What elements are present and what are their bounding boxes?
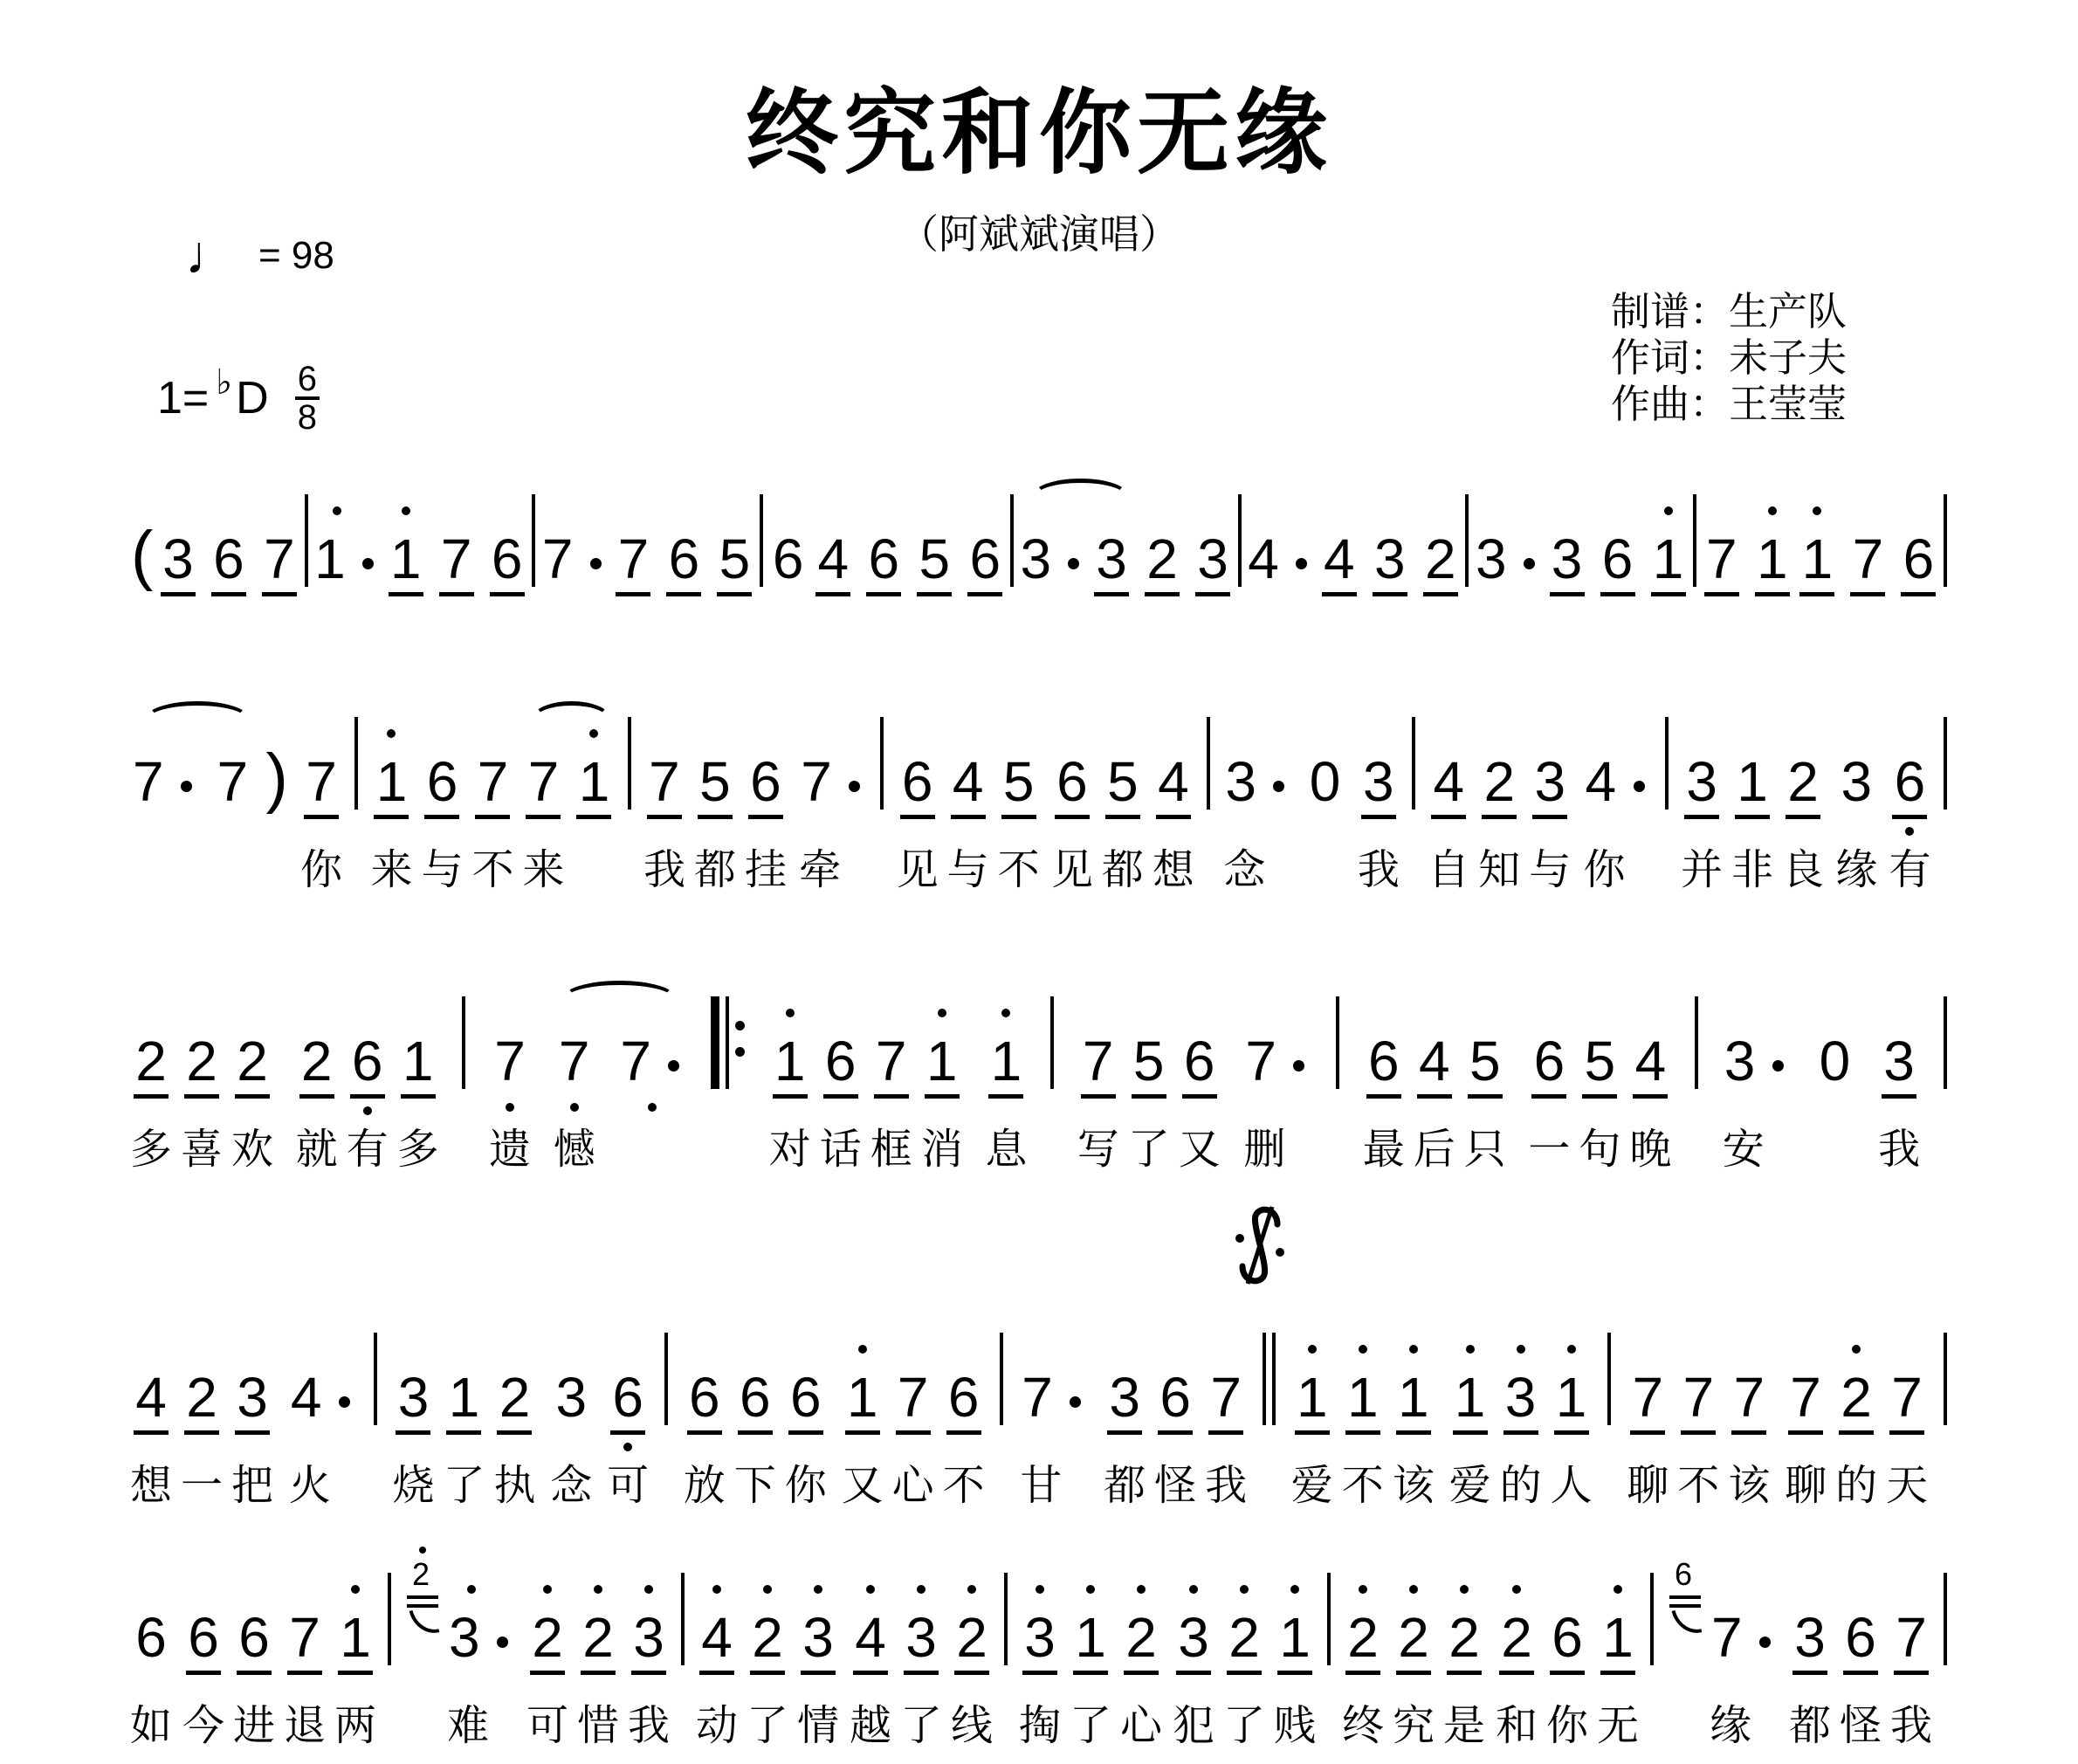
note-digit: 3 [1225,755,1256,810]
note: 3都 [1104,1362,1145,1425]
note: 6可 [608,1362,648,1425]
note-digit: 3 [1096,532,1127,587]
note-digit: 6 [902,755,933,810]
note: 6有 [347,1026,388,1089]
octave-dot-high [866,1585,875,1594]
note-digit: 2 [499,1370,531,1425]
note: 1 [1797,524,1837,587]
note-digit: 2 [1347,1610,1379,1665]
lyric-syllable: 话 [820,1129,862,1171]
note: 4 [813,524,853,587]
octave-dot-low [648,1103,657,1112]
octave-dot-high [644,1585,653,1594]
beam-group: 2就6有1多 [297,1026,438,1089]
grace-digit: 6 [1675,1559,1692,1590]
beam-group: 6见5都4想 [1052,747,1194,810]
note: 1 [574,747,614,810]
note: 7 [437,524,477,587]
note-digit: 3 [633,1610,664,1665]
augmentation-dot [1634,781,1645,792]
note-digit: 6 [750,755,781,810]
note-digit: 5 [719,532,751,587]
barline [1336,996,1339,1089]
note-digit: 3 [1178,1610,1209,1665]
note: 6今 [183,1602,224,1665]
note-digit: 6 [1903,532,1935,587]
lyric-syllable: 对 [769,1129,811,1171]
note-digit: 7 [1853,532,1884,587]
note-digit: 4 [1586,755,1617,810]
key-prefix: 1= [157,372,209,424]
note: 1该 [1393,1362,1434,1425]
note-digit: 6 [213,532,244,587]
note-digit: 6 [1056,755,1088,810]
note: 7 [131,747,199,810]
octave-dot-low [1905,827,1914,836]
note-digit: 2 [186,1370,217,1425]
note-digit: 3 [802,1610,834,1665]
note-digit: 6 [1159,1370,1191,1425]
lyric-syllable: 不 [943,1465,985,1507]
octave-dot-high [419,1547,426,1554]
barline [1607,1333,1611,1425]
note: 2了 [747,1602,788,1665]
lyric-syllable: 了 [1128,1129,1170,1171]
augmentation-dot [339,1396,350,1408]
note: 2可 [527,1602,568,1665]
lyric-syllable: 牵 [799,850,841,892]
lyric-syllable: 都 [1789,1705,1831,1747]
beam-group: 2可2惜3我 [527,1602,669,1665]
note: 6 [965,524,1005,587]
barline [1412,717,1415,810]
credit-arranger: 制谱：生产队 [1611,288,1847,334]
lyric-syllable: 线 [951,1705,993,1747]
time-signature-top: 6 [295,362,320,400]
note: 6最 [1364,1026,1404,1089]
note-digit: 3 [905,1610,937,1665]
note-digit: 3 [1197,532,1228,587]
tie-arc [532,701,611,737]
note-digit: 2 [752,1610,783,1665]
note: 7聊 [1627,1362,1668,1425]
barline [1695,996,1698,1089]
note: 1多 [398,1026,438,1089]
note-digit: 6 [492,532,523,587]
note: 5不 [999,747,1039,810]
note-digit: 3 [1020,532,1051,587]
octave-dot-high [917,1585,925,1594]
note: 6 [768,524,808,587]
lyric-syllable: 难 [447,1705,489,1747]
note-digit: 5 [919,532,950,587]
lyric-syllable: 多 [130,1129,172,1171]
note: 7框 [871,1026,912,1089]
note-digit: 7 [1210,1370,1242,1425]
note-digit: 6 [612,1370,643,1425]
lyric-syllable: 心 [1120,1705,1162,1747]
note: 1 [386,524,426,587]
octave-dot-high [786,1009,795,1017]
note-digit: 3 [1476,532,1507,587]
note-digit: 3 [1552,532,1583,587]
barline [1327,1573,1331,1665]
note: 6见 [898,747,938,810]
barline [374,1333,377,1425]
beam-group: 1爱1不1该 [1292,1362,1434,1425]
lyric-syllable: 下 [734,1465,776,1507]
lyric-syllable: 就 [296,1129,338,1171]
beam-group: 4自2知3与 [1428,747,1570,810]
barline [1693,494,1696,587]
note-digit: 5 [1107,755,1139,810]
lyric-syllable: 的 [1500,1465,1542,1507]
beam-group: 2终2究2是 [1343,1602,1484,1665]
lyric-syllable: 晚 [1629,1129,1671,1171]
note-digit: 6 [1552,1610,1583,1665]
note-digit: 2 [237,1034,268,1089]
lyric-syllable: 可 [607,1465,649,1507]
note-digit: 1 [314,532,346,587]
barline [760,494,763,587]
time-signature-bottom: 8 [298,400,317,435]
octave-dot-high [1189,1585,1198,1594]
lyric-syllable: 掏 [1019,1705,1061,1747]
augmentation-dot [1759,1637,1771,1648]
lyric-syllable: 的 [1835,1465,1877,1507]
note-digit: 7 [264,532,295,587]
lyric-syllable: 又 [842,1465,884,1507]
octave-dot-high [967,1585,976,1594]
lyric-syllable: 动 [696,1705,738,1747]
lyric-syllable: 越 [850,1705,891,1747]
lyric-syllable: 怪 [1154,1465,1196,1507]
octave-dot-low [570,1103,579,1112]
beam-group: 6最4后5只 [1364,1026,1505,1089]
octave-dot-high [1001,1009,1010,1017]
note: 6进 [234,1602,274,1665]
beam-group: 4越3了2线 [850,1602,992,1665]
beam-group: 432 [1319,524,1461,587]
note-digit: 6 [740,1370,771,1425]
note-digit: 7 [1891,1370,1923,1425]
note: 4想 [1153,747,1194,810]
lyric-syllable: 了 [747,1705,788,1747]
note: 3 [1091,524,1132,587]
beam-group: 3掏1了2心 [1020,1602,1161,1665]
lyric-syllable: 安 [1723,1129,1765,1171]
lyric-syllable: 烧 [392,1465,434,1507]
lyric-syllable: 我 [1890,1705,1932,1747]
note: 3烧 [393,1362,433,1425]
lyric-syllable: 犯 [1173,1705,1214,1747]
barline [1207,717,1210,810]
lyric-syllable: 火 [289,1465,331,1507]
lyric-syllable: 多 [397,1129,439,1171]
key-letter: D [236,372,269,424]
lyric-syllable: 我 [1878,1129,1920,1171]
note-digit: 7 [801,755,832,810]
note-digit: 1 [1297,1370,1328,1425]
augmentation-dot [1273,781,1284,792]
note-digit: 4 [855,1610,886,1665]
lyric-syllable: 退 [284,1705,326,1747]
note: 1贱 [1275,1602,1315,1665]
note: 3难 [447,1602,515,1665]
beam-group: 6见4与5不 [898,747,1039,810]
note-digit: 5 [699,755,731,810]
note-digit: 7 [306,755,337,810]
note-digit: 1 [403,1034,434,1089]
grace-slur [409,1605,440,1638]
credit-lyricist: 作词：未子夫 [1611,334,1847,381]
beam-group: 4想2一3把 [131,1362,272,1425]
note-digit: 6 [238,1610,270,1665]
beam-group: 6放6下6你 [685,1362,826,1425]
lyric-syllable: 你 [300,850,342,892]
octave-dot-high [351,1585,360,1594]
barline [681,1573,685,1665]
beam-group: 7我5都6挂 [644,747,786,810]
note-digit: 4 [701,1610,733,1665]
note-digit: 7 [217,755,248,810]
note: 1爱 [1292,1362,1332,1425]
octave-dot-high [1567,1345,1576,1354]
note-digit: 4 [953,755,984,810]
note-digit: 7 [494,1034,526,1089]
note-digit: 6 [948,1370,980,1425]
lyric-syllable: 与 [421,850,463,892]
note-digit: 6 [1184,1034,1215,1089]
quarter-note-icon: ♩ [185,229,239,283]
lyric-syllable: 并 [1681,850,1723,892]
octave-dot-high [1240,1585,1249,1594]
lyric-syllable: 来 [522,850,564,892]
note: 4自 [1428,747,1469,810]
note: 3 [1474,524,1542,587]
music-system: 6如6今6进7退1两23难2可2惜3我4动2了3情4越3了2线3掏1了2心3犯2… [131,1602,1947,1665]
note-digit: 4 [135,1370,167,1425]
note-digit: 6 [135,1610,167,1665]
barline [1050,996,1054,1089]
note: 7我 [1891,1602,1931,1665]
lyric-syllable: 情 [797,1705,839,1747]
lyric-syllable: 放 [684,1465,726,1507]
note-digit: 5 [1469,1034,1501,1089]
note: 2执 [494,1362,534,1425]
lyric-syllable: 了 [1223,1705,1265,1747]
lyric-syllable: 良 [1782,850,1824,892]
octave-dot-high [858,1345,867,1354]
beam-group: 3烧1了2执 [393,1362,534,1425]
barline [388,1573,391,1665]
note: 7删 [1243,1026,1311,1089]
note: 3犯 [1173,1602,1214,1665]
lyric-syllable: 该 [1393,1465,1435,1507]
lyric-syllable: 挂 [745,850,787,892]
augmentation-dot [1293,1060,1304,1071]
lyric-syllable: 执 [493,1465,535,1507]
beam-group: 1对6话7框1消 [770,1026,962,1089]
beam-group: 4656 [813,524,1005,587]
note-digit: 1 [926,1034,958,1089]
note-digit: 2 [532,1610,563,1665]
beam-group: 7聊2的7天 [1786,1362,1927,1425]
lyric-syllable: 都 [694,850,736,892]
octave-dot-high [1409,1345,1418,1354]
beam-group: 6一5句4晚 [1529,1026,1670,1089]
note: 6下 [735,1362,775,1425]
lyric-syllable: 心 [892,1465,934,1507]
lyric-syllable: 喜 [181,1129,223,1171]
lyric-syllable: 句 [1579,1129,1620,1171]
note: 4 [1319,524,1359,587]
beam-group: 7聊7不7该 [1627,1362,1769,1425]
augmentation-dot [497,1637,508,1648]
note: 3的 [1501,1362,1541,1425]
note-digit: 6 [427,755,458,810]
note: 4动 [697,1602,737,1665]
lyric-syllable: 念 [1223,850,1265,892]
note: 2 [1421,524,1461,587]
note: 6你 [1547,1602,1587,1665]
note-digit: 1 [1556,1370,1587,1425]
lyric-syllable: 我 [1205,1465,1247,1507]
beam-group: 7写5了6又 [1078,1026,1220,1089]
lyric-syllable: 最 [1363,1129,1405,1171]
lyric-syllable: 该 [1728,1465,1770,1507]
octave-dot-high [467,1585,476,1594]
note: 4晚 [1630,1026,1670,1089]
lyric-syllable: 怪 [1840,1705,1882,1747]
note-digit: 2 [1787,755,1819,810]
note: 3念 [1223,747,1291,810]
barline [880,717,884,810]
note-digit: 1 [991,1034,1022,1089]
note: 1两 [335,1602,375,1665]
lyric-syllable: 知 [1478,850,1520,892]
note: 7我 [644,747,685,810]
note-digit: 2 [582,1610,614,1665]
note: 6怪 [1155,1362,1195,1425]
note-digit: 1 [579,755,610,810]
note: 7不 [472,747,513,810]
music-system: (367117677656465633234432336171176 [131,524,1947,587]
music-system: 77)7你1来6与7不7来17我5都6挂7牵6见4与5不6见5都4想3念03我4… [131,747,1947,810]
note-digit: 7 [289,1610,320,1665]
note-digit: 7 [441,532,472,587]
note: 2 [1142,524,1182,587]
note-digit: 7 [559,1034,590,1089]
barline [664,1333,668,1425]
note-digit: 1 [449,1370,480,1425]
beam-group: 3犯2了1贱 [1173,1602,1315,1665]
note: 7 [212,747,252,810]
grace-note: 2 [403,1554,449,1665]
note: 7 [1702,524,1742,587]
note-digit: 6 [669,532,700,587]
augmentation-dot [362,558,374,569]
octave-dot-high [402,506,410,515]
note: 2惜 [578,1602,618,1665]
note-digit: 6 [825,1034,857,1089]
lyric-syllable: 你 [1546,1705,1588,1747]
note: 3 [1193,524,1233,587]
note: 1爱 [1450,1362,1490,1425]
note: 6 [664,524,704,587]
note: 2多 [131,1026,171,1089]
octave-dot-high [594,1585,602,1594]
beam-group: 765 [613,524,754,587]
note-digit: 7 [1682,1370,1714,1425]
grace-slur [1672,1605,1703,1638]
beam-group: 3并1非2良 [1682,747,1823,810]
note: 7甘 [1020,1362,1088,1425]
augmentation-dot [1772,1060,1784,1071]
octave-dot-low [623,1443,632,1451]
octave-dot-high [1664,506,1673,515]
note: 3并 [1682,747,1722,810]
note: 6有 [1889,747,1930,810]
note-digit: 3 [1883,1034,1915,1089]
note-digit: 3 [1374,532,1406,587]
note: 7退 [285,1602,325,1665]
note: 2和 [1497,1602,1537,1665]
note: 1来 [371,747,411,810]
note-digit: 7 [1896,1610,1927,1665]
note-digit: 3 [556,1370,588,1425]
tie-arc [562,981,677,1016]
barline [1944,494,1947,587]
beam-group: 367 [158,524,299,587]
note-digit: 7 [542,532,574,587]
note-digit: 6 [1845,1610,1876,1665]
barline [1010,494,1014,587]
note-digit: 6 [689,1370,720,1425]
lyric-syllable: 欢 [231,1129,273,1171]
note: 3我 [1879,1026,1919,1089]
barline [1004,1573,1008,1665]
lyric-syllable: 爱 [1449,1465,1491,1507]
note-digit: 7 [1733,1370,1765,1425]
note-digit: 4 [291,1370,322,1425]
octave-dot-high [814,1585,822,1594]
time-signature: 6 8 [295,362,320,435]
note: 6如 [131,1602,171,1665]
note-digit: 1 [340,1610,371,1665]
note-digit: 3 [1505,1370,1537,1425]
octave-dot-high [1813,506,1821,515]
tie-arc [1032,479,1128,514]
note: 3掏 [1020,1602,1060,1665]
lyric-syllable: 可 [526,1705,568,1747]
lyric-syllable: 与 [947,850,989,892]
note: 7 [1847,524,1888,587]
lyric-syllable: 又 [1179,1129,1221,1171]
note-digit: 6 [352,1034,383,1089]
sheet-music-page: 终究和你无缘 （阿斌斌演唱） ♩ = 98 制谱：生产队 作词：未子夫 作曲：王… [0,0,2078,1764]
lyric-syllable: 不 [471,850,513,892]
tempo-marking: ♩ = 98 [185,229,334,283]
lyric-syllable: 都 [1102,850,1144,892]
tie-arc [145,701,250,737]
note: 7 [259,524,299,587]
note: 6你 [786,1362,826,1425]
note: 2一 [182,1362,222,1425]
octave-dot-low [506,1103,514,1112]
octave-dot-high [387,729,396,738]
note-digit: 5 [1585,1034,1616,1089]
